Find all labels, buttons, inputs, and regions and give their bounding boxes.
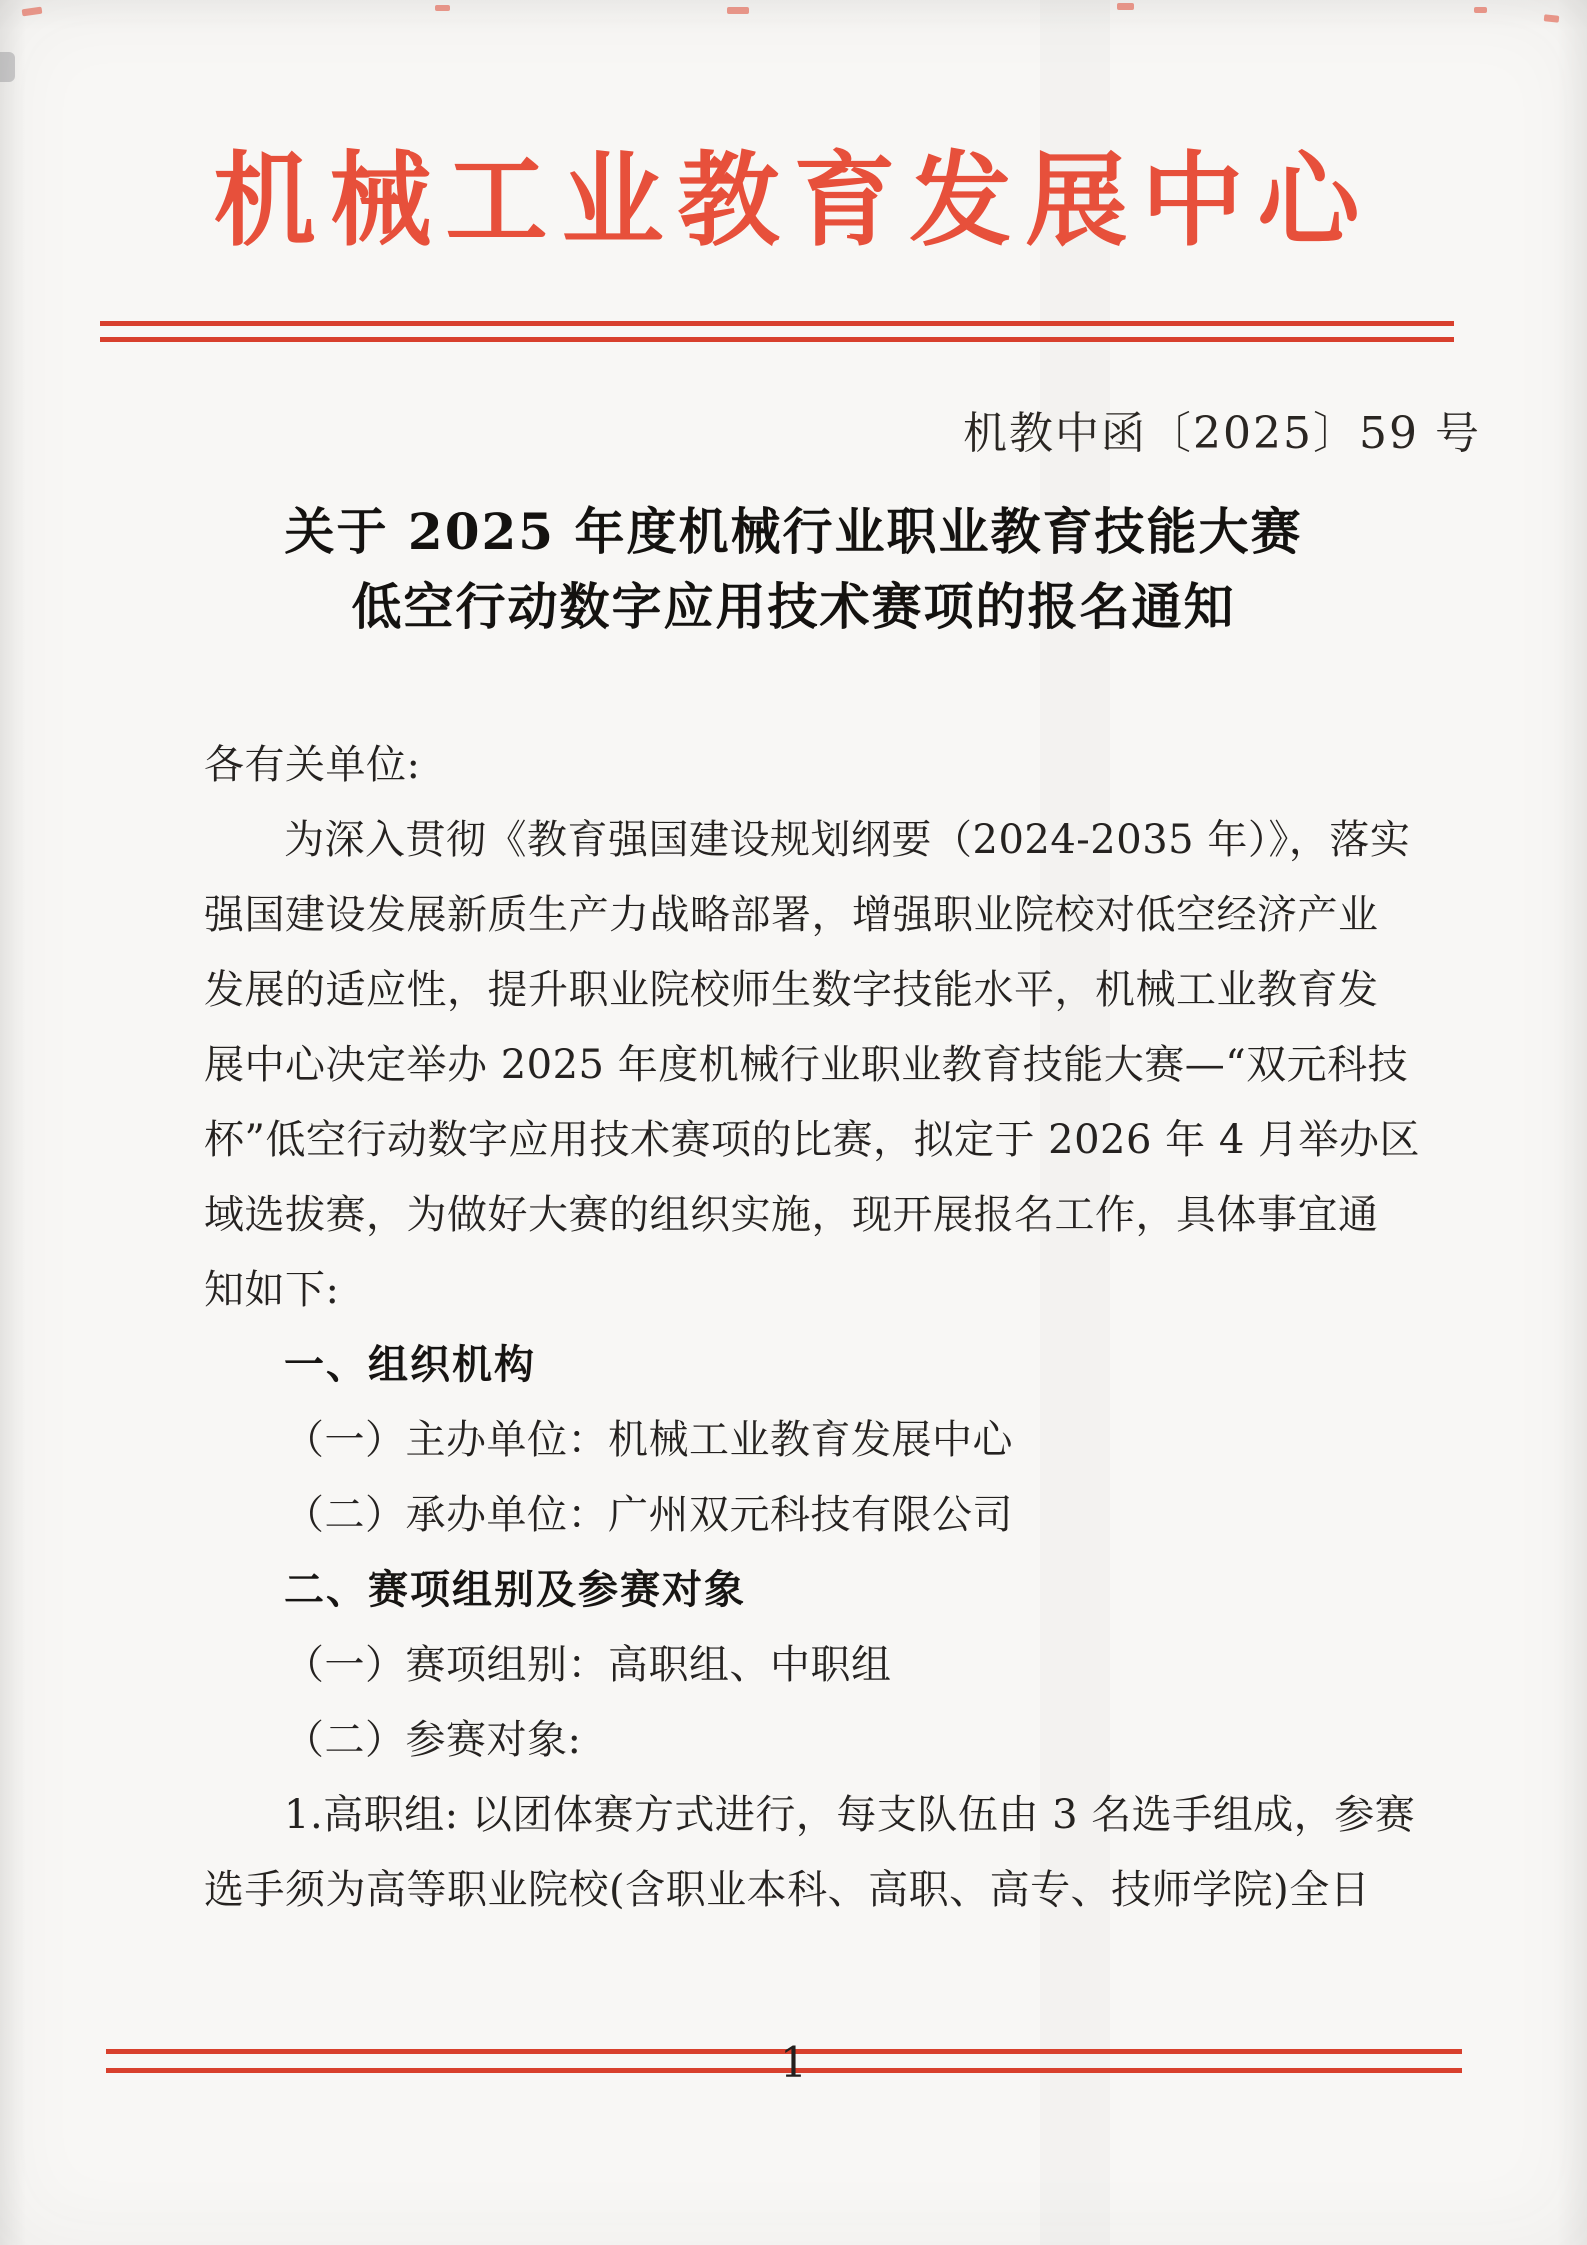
body-line: （二）承办单位：广州双元科技有限公司 [204, 1478, 1399, 1553]
letterhead-rule-top [100, 321, 1454, 326]
document-title-line2: 低空行动数字应用技术赛项的报名通知 [0, 569, 1587, 644]
body-line: 一、组织机构 [204, 1328, 1399, 1403]
scan-artifact [727, 7, 749, 14]
body-line: （二）参赛对象: [204, 1703, 1399, 1778]
body-line: 发展的适应性，提升职业院校师生数字技能水平，机械工业教育发 [204, 953, 1399, 1028]
scan-edge-left [0, 0, 26, 2245]
scan-artifact [1544, 14, 1560, 23]
body-line: 强国建设发展新质生产力战略部署，增强职业院校对低空经济产业 [204, 878, 1399, 953]
scan-artifact [1474, 7, 1487, 13]
scan-edge-right [1557, 0, 1587, 2245]
body-line: 为深入贯彻《教育强国建设规划纲要（2024-2035 年）》，落实 [204, 803, 1399, 878]
body-line: 展中心决定举办 2025 年度机械行业职业教育技能大赛—“双元科技 [204, 1028, 1399, 1103]
body-line: （一）主办单位：机械工业教育发展中心 [204, 1403, 1399, 1478]
letterhead-title: 机械工业教育发展中心 [0, 138, 1587, 266]
scan-artifact [435, 5, 450, 11]
document-title: 关于 2025 年度机械行业职业教育技能大赛 低空行动数字应用技术赛项的报名通知 [0, 494, 1587, 644]
body-line: 域选拔赛，为做好大赛的组织实施，现开展报名工作，具体事宜通 [204, 1178, 1399, 1253]
document-number: 机教中函〔2025〕59 号 [963, 397, 1481, 461]
body-line: 知如下: [204, 1253, 1399, 1328]
body-line: 选手须为高等职业院校(含职业本科、高职、高专、技师学院)全日 [204, 1853, 1399, 1928]
body-line: 各有关单位: [204, 728, 1399, 803]
document-body: 各有关单位:为深入贯彻《教育强国建设规划纲要（2024-2035 年）》，落实强… [204, 728, 1399, 1928]
scan-artifact [0, 52, 15, 82]
body-line: 1.高职组: 以团体赛方式进行，每支队伍由 3 名选手组成，参赛 [204, 1778, 1399, 1853]
body-line: （一）赛项组别：高职组、中职组 [204, 1628, 1399, 1703]
document-page: 机械工业教育发展中心 机教中函〔2025〕59 号 关于 2025 年度机械行业… [0, 0, 1587, 2245]
scan-artifact [1117, 3, 1134, 10]
body-line: 杯”低空行动数字应用技术赛项的比赛，拟定于 2026 年 4 月举办区 [204, 1103, 1399, 1178]
document-title-line1: 关于 2025 年度机械行业职业教育技能大赛 [0, 494, 1587, 569]
page-number: 1 [0, 2042, 1587, 2084]
scan-edge-top [0, 0, 1587, 30]
letterhead-rule-bottom [100, 337, 1454, 342]
body-line: 二、赛项组别及参赛对象 [204, 1553, 1399, 1628]
